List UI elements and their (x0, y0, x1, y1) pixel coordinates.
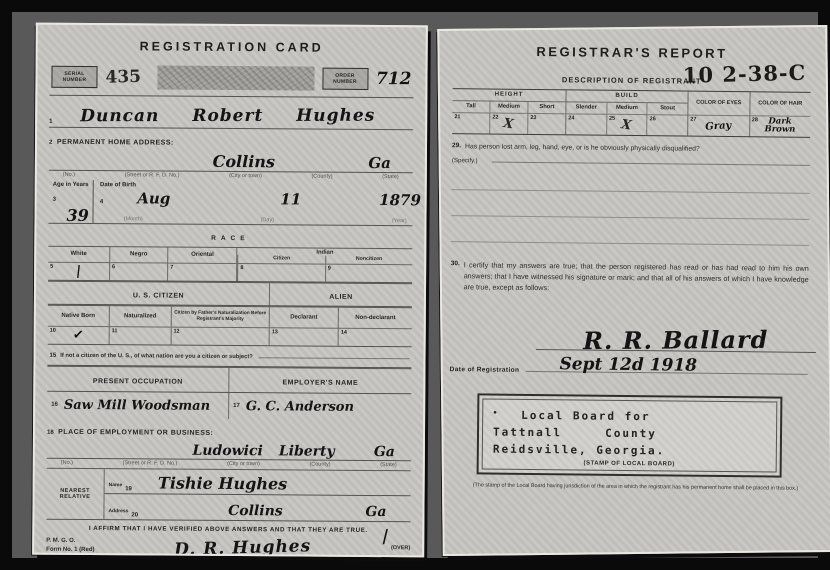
build-medium-checkmark: X (621, 117, 633, 133)
registrar-signature-handwriting: R. R. Ballard (583, 324, 769, 354)
height-tall-cell: Tall 21 (452, 101, 490, 133)
naturalized-label: Naturalized (110, 306, 171, 326)
name-row: 1 Duncan Robert Hughes (49, 96, 413, 131)
over-label: (OVER) (391, 545, 410, 551)
serial-number-label-box: SERIAL NUMBER (51, 65, 97, 87)
sublabel-street-2: (Street or R. F. D. No.) (123, 460, 178, 466)
hair-header: COLOR OF HAIR (750, 92, 811, 117)
race-white-label: White (48, 247, 109, 262)
stamp-of-local-board-caption: (STAMP OF LOCAL BOARD) (493, 459, 766, 468)
ruled-line (452, 189, 810, 194)
registrant-signature-handwriting: D. R. Hughes (174, 536, 312, 557)
nationality-question-text: If not a citizen of the U. S., of what n… (60, 353, 253, 360)
field-number-9: 9 (328, 266, 331, 272)
employment-place-label-row: 18 PLACE OF EMPLOYMENT OR BUSINESS: (47, 418, 411, 442)
field-number-17: 17 (233, 403, 240, 409)
build-group: BUILD Slender 24 Medium 25 (566, 90, 688, 135)
field-number-29: 29. (452, 142, 461, 152)
field-number-30: 30. (450, 260, 459, 292)
field-number-13: 13 (272, 329, 278, 335)
alien-header-cell: ALIEN (270, 283, 412, 306)
build-slender-cell: Slender 24 (566, 102, 607, 134)
description-table: HEIGHT Tall 21 Medium 22 (452, 88, 810, 138)
field-number-27: 27 (690, 117, 696, 123)
registrant-signature-block: D. R. Hughes (Registrant's signature or … (94, 537, 391, 557)
build-medium-cell: Medium 25 X (607, 103, 648, 135)
relative-address-row: Address 20 Collins Ga (104, 494, 410, 521)
height-tall-markbox: 21 (452, 113, 489, 133)
field-number-4: 4 (100, 199, 103, 205)
build-slender-markbox: 24 (566, 114, 606, 134)
dob-day-handwriting: 11 (280, 190, 301, 208)
hair-column: COLOR OF HAIR 28 Dark Brown (750, 92, 811, 137)
citizen-table: Native Born 10 ✓ Naturalized 11 Citizen … (48, 305, 412, 348)
field-number-2: 2 (49, 140, 52, 146)
race-white-markbox: 5 | (48, 262, 109, 280)
relative-city-handwriting: Collins (228, 503, 283, 519)
naturalized-cell: Naturalized 11 (109, 306, 171, 344)
form-identifier: P. M. G. O. Form No. 1 (Red) (46, 537, 94, 555)
relative-address-label: Address (108, 508, 128, 514)
naturalized-markbox: 11 (109, 326, 170, 344)
field-number-3: 3 (53, 197, 56, 203)
field-number-6: 6 (112, 264, 115, 270)
declarant-cell: Declarant 13 (270, 307, 339, 345)
father-naturalization-label: Citizen by Father's Naturalization Befor… (171, 307, 268, 328)
hair-color-line2: Brown (764, 126, 795, 134)
description-subtitle-row: DESCRIPTION OF REGISTRANT 10 2-38-C (453, 58, 811, 92)
race-oriental-label: Oriental (168, 248, 236, 263)
field-number-15: 15 (50, 353, 57, 359)
employment-county-handwriting: Liberty (279, 443, 335, 459)
declarant-markbox: 13 (270, 327, 338, 345)
race-indian-noncitizen-cell: Noncitizen 9 (326, 256, 413, 283)
registration-footer: P. M. G. O. Form No. 1 (Red) D. R. Hughe… (46, 534, 410, 558)
native-born-label: Native Born (48, 306, 109, 326)
home-address-label: PERMANENT HOME ADDRESS: (57, 139, 174, 147)
sublabel-county-2: (County) (309, 462, 330, 468)
registrar-signature-line: R. R. Ballard (536, 320, 816, 353)
age-cell: Age in Years 3 39 (48, 180, 94, 223)
race-white-cell: White 5 | (48, 247, 110, 280)
question-29-text: Has person lost arm, leg, hand, eye, or … (465, 142, 700, 155)
employment-place-value-row: Ludowici Liberty Ga (47, 439, 411, 462)
field-number-18: 18 (47, 430, 54, 436)
dob-month-handwriting: Aug (137, 189, 170, 207)
home-state-handwriting: Ga (368, 154, 391, 172)
field-number-24: 24 (568, 115, 574, 121)
stamp-bullet-mark: • (493, 407, 497, 418)
specify-line: (Specify.) (452, 154, 810, 168)
registration-card: REGISTRATION CARD SERIAL NUMBER 435 ORDE… (32, 23, 428, 558)
eyes-header: COLOR OF EYES (688, 92, 749, 117)
employer-handwriting: G. C. Anderson (246, 399, 354, 415)
race-indian-citizen-cell: Citizen 8 (237, 255, 326, 282)
alien-header: ALIEN (329, 294, 353, 301)
race-negro-label: Negro (110, 247, 167, 262)
race-white-checkmark: | (75, 264, 81, 279)
field-number-10: 10 (50, 328, 56, 334)
field-number-1: 1 (49, 119, 52, 125)
height-medium-checkmark: X (503, 116, 515, 132)
sublabel-state: (State) (382, 174, 399, 180)
build-columns: Slender 24 Medium 25 X (566, 102, 687, 135)
home-address-label-row: 2 PERMANENT HOME ADDRESS: (49, 128, 413, 152)
race-indian-citizen-markbox: 8 (238, 263, 324, 282)
nearest-relative-label-cell: NEAREST RELATIVE (46, 469, 104, 519)
employer-value-cell: 17 G. C. Anderson (229, 393, 411, 420)
field-number-16: 16 (51, 402, 58, 408)
declarant-label: Declarant (270, 307, 338, 327)
sublabel-city: (City or town) (229, 173, 262, 179)
specify-label: (Specify.) (452, 157, 478, 164)
eyes-color-handwriting: Gray (705, 120, 732, 133)
stamp-text-line3: Reidsville, Georgia. (493, 440, 766, 460)
occupation-header-cell: PRESENT OCCUPATION (47, 367, 229, 392)
dob-year-handwriting: 1879 (379, 191, 421, 209)
field-number-20: 20 (131, 512, 138, 518)
eyes-valuebox: 27 Gray (688, 116, 749, 137)
race-header-label: RACE (211, 235, 249, 242)
race-negro-cell: Negro 6 (110, 247, 168, 280)
registration-card-title: REGISTRATION CARD (140, 39, 324, 54)
registration-date-handwriting: Sept 12d 1918 (559, 354, 697, 375)
sublabel-street: (Street or R. F. D. No.) (125, 172, 180, 178)
age-dob-row: Age in Years 3 39 Date of Birth 4 Aug 11… (48, 180, 412, 227)
non-declarant-markbox: 14 (339, 328, 412, 347)
dob-cell: Date of Birth 4 Aug 11 1879 (Month) (Day… (94, 180, 427, 225)
height-group: HEIGHT Tall 21 Medium 22 (452, 89, 566, 134)
registrars-report-content: REGISTRAR'S REPORT DESCRIPTION OF REGIST… (437, 27, 825, 554)
answer-blank-line (259, 350, 410, 359)
age-value-handwriting: 39 (66, 206, 88, 225)
field-number-23: 23 (530, 115, 536, 121)
us-citizen-header: U. S. CITIZEN (133, 292, 184, 299)
race-oriental-cell: Oriental 7 (168, 248, 237, 281)
build-medium-label: Medium (607, 103, 647, 115)
field-number-22: 22 (492, 115, 498, 121)
field-number-5: 5 (50, 264, 53, 270)
order-number-label-box: ORDER NUMBER (322, 67, 368, 89)
height-medium-label: Medium (490, 102, 527, 114)
date-of-registration-label: Date of Registration (450, 366, 520, 374)
relative-name-handwriting: Tishie Hughes (158, 474, 287, 494)
nearest-relative-fields: Name 19 Tishie Hughes Address 20 Collins… (104, 469, 410, 521)
home-address-value-row: Collins Ga (49, 149, 413, 174)
occupation-header: PRESENT OCCUPATION (93, 378, 183, 386)
build-medium-markbox: 25 X (607, 115, 647, 135)
sublabel-no: (No.) (63, 172, 75, 178)
field-number-28: 28 (752, 117, 758, 123)
sublabel-day: (Day) (261, 217, 274, 223)
build-stout-cell: Stout 26 (647, 103, 687, 135)
order-number-label: ORDER NUMBER (323, 72, 367, 84)
question-30: 30. I certify that my answers are true; … (450, 260, 808, 296)
father-naturalization-cell: Citizen by Father's Naturalization Befor… (171, 307, 270, 346)
race-oriental-markbox: 7 (168, 263, 236, 281)
hair-color-handwriting: Dark Brown (764, 119, 795, 135)
specify-blank-line (492, 155, 810, 166)
race-table: White 5 | Negro 6 Oriental 7 (48, 246, 412, 284)
relative-state-handwriting: Ga (365, 504, 386, 520)
date-line: Sept 12d 1918 (525, 357, 807, 374)
ink-smudge-area (157, 65, 314, 90)
registrant-name-handwriting: Duncan Robert Hughes (81, 106, 376, 127)
local-board-stamp-box: • Local Board for Tattnall County Reidsv… (477, 393, 783, 477)
registration-title-row: REGISTRATION CARD (50, 33, 414, 63)
build-slender-label: Slender (566, 102, 606, 114)
sublabel-county: (County) (311, 174, 332, 180)
us-citizen-header-cell: U. S. CITIZEN (48, 282, 270, 306)
local-board-stamp-inner: • Local Board for Tattnall County Reidsv… (482, 398, 778, 472)
registrars-report-card: REGISTRAR'S REPORT DESCRIPTION OF REGIST… (437, 25, 830, 556)
race-indian-noncitizen-markbox: 9 (326, 264, 412, 283)
height-short-markbox: 23 (528, 114, 565, 134)
sublabel-no-2: (No.) (61, 460, 73, 466)
dob-value-line: 4 Aug 11 1879 (100, 189, 421, 209)
serial-number-value: 435 (105, 66, 141, 87)
field-number-12: 12 (173, 329, 179, 335)
citizen-alien-headers: U. S. CITIZEN ALIEN (48, 281, 412, 308)
order-number-value: 712 (376, 69, 412, 89)
occupation-employer-headers: PRESENT OCCUPATION EMPLOYER'S NAME (47, 366, 411, 395)
race-negro-markbox: 6 (110, 262, 167, 280)
occupation-employer-values: 16 Saw Mill Woodsman 17 G. C. Anderson (47, 392, 411, 421)
home-city-handwriting: Collins (213, 152, 275, 171)
height-tall-label: Tall (452, 101, 489, 113)
occupation-value-cell: 16 Saw Mill Woodsman (47, 392, 229, 419)
native-born-markbox: 10 ✓ (48, 326, 109, 344)
race-section-header: RACE (48, 224, 412, 249)
native-born-checkmark: ✓ (72, 327, 85, 343)
serial-order-row: SERIAL NUMBER 435 ORDER NUMBER 712 (49, 60, 413, 99)
height-short-label: Short (528, 102, 565, 114)
field-number-25: 25 (609, 116, 615, 122)
field-number-19: 19 (125, 486, 132, 492)
pmgo-line1: P. M. G. O. (46, 537, 94, 546)
height-medium-cell: Medium 22 X (490, 102, 528, 134)
sublabel-year: (Year) (392, 218, 407, 224)
sublabel-city-2: (City or town) (227, 461, 260, 467)
certification-text: I certify that my answers are true; that… (464, 260, 809, 296)
non-declarant-label: Non-declarant (339, 308, 412, 329)
pmgo-line2: Form No. 1 (Red) (46, 546, 94, 555)
height-columns: Tall 21 Medium 22 X (452, 101, 565, 134)
race-indian-subcolumns: Citizen 8 Noncitizen 9 (237, 255, 412, 282)
build-stout-label: Stout (648, 103, 688, 115)
hair-valuebox: 28 Dark Brown (750, 116, 811, 137)
native-born-cell: Native Born 10 ✓ (48, 306, 110, 344)
age-label: Age in Years (53, 182, 89, 188)
employment-state-handwriting: Ga (374, 444, 395, 460)
ruled-line (451, 215, 809, 220)
scan-background: REGISTRATION CARD SERIAL NUMBER 435 ORDE… (0, 0, 830, 570)
ruled-line (451, 241, 809, 246)
description-subtitle: DESCRIPTION OF REGISTRANT (562, 75, 702, 85)
occupation-handwriting: Saw Mill Woodsman (64, 397, 210, 413)
nationality-question-row: 15 If not a citizen of the U. S., of wha… (47, 345, 411, 369)
board-stamp-number-handwriting: 10 2-38-C (683, 60, 807, 88)
field-number-14: 14 (341, 330, 347, 336)
employment-place-label: PLACE OF EMPLOYMENT OR BUSINESS: (58, 429, 213, 437)
sublabel-state-2: (State) (380, 462, 397, 468)
nearest-relative-label-line2: RELATIVE (60, 494, 91, 500)
eyes-column: COLOR OF EYES 27 Gray (688, 92, 750, 137)
field-number-7: 7 (170, 265, 173, 271)
height-short-cell: Short 23 (528, 102, 565, 134)
stamp-box-footnote: (The stamp of the Local Board having jur… (470, 481, 800, 493)
dob-sublabels: (Month) (Day) (Year) (124, 216, 407, 224)
field-number-26: 26 (650, 116, 656, 122)
stamp-text-line1: Local Board for (521, 406, 766, 426)
sublabel-month: (Month) (124, 216, 143, 222)
date-of-registration-row: Date of Registration Sept 12d 1918 (450, 357, 808, 377)
height-medium-markbox: 22 X (490, 114, 527, 134)
field-number-21: 21 (454, 114, 460, 120)
build-stout-markbox: 26 (647, 115, 687, 135)
father-naturalization-markbox: 12 (171, 327, 268, 346)
employer-header-cell: EMPLOYER'S NAME (229, 368, 411, 393)
non-declarant-cell: Non-declarant 14 (339, 308, 412, 347)
relative-name-row: Name 19 Tishie Hughes (105, 469, 411, 496)
registration-card-content: REGISTRATION CARD SERIAL NUMBER 435 ORDE… (34, 25, 426, 556)
field-number-11: 11 (112, 328, 118, 334)
relative-name-label: Name (109, 482, 123, 488)
field-number-8: 8 (240, 265, 243, 271)
race-indian-group: Indian Citizen 8 Noncitizen (237, 248, 412, 282)
nearest-relative-block: NEAREST RELATIVE Name 19 Tishie Hughes A… (46, 468, 410, 523)
employment-city-handwriting: Ludowici (192, 443, 262, 459)
employer-header: EMPLOYER'S NAME (282, 379, 358, 387)
serial-number-label: SERIAL NUMBER (52, 70, 96, 82)
